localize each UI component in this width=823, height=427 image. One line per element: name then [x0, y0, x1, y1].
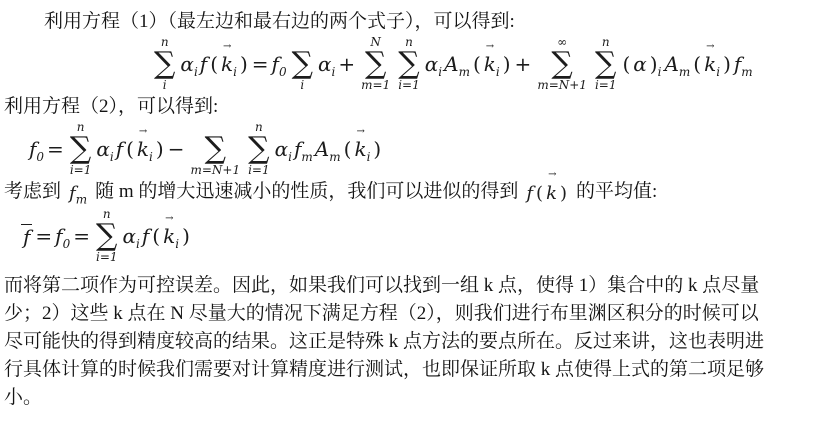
text-pre-fm: 考虑到 [4, 181, 61, 202]
paragraph-line: 尽可能快的得到精度较高的结果。这正是特殊 k 点方法的要点所在。反过来讲，这也表… [4, 328, 817, 356]
inline-math-f-m: fm [68, 180, 88, 207]
text-mid: 随 m 的增大迅速减小的性质，我们可以进似的得到 [95, 181, 518, 202]
inline-math-f-k: f(→k) [525, 180, 569, 207]
equation-3: f=f0=n∑i=1αif(→ki) [20, 207, 817, 265]
text-post: 的平均值: [576, 181, 657, 202]
text-line-eq1-intro: 利用方程（1）（最左边和最右边的两个式子），可以得到: [4, 8, 817, 35]
text-line-eq2-intro: 利用方程（2），可以得到: [4, 93, 817, 120]
equation-1: n∑iαif(→ki)=f0 ∑iαi+N∑m=1n∑i=1αiAm(→ki)+… [150, 35, 817, 93]
paragraph-line: 小。 [4, 384, 817, 412]
paragraph-line: 少；2）这些 k 点在 N 尽量大的情况下满足方程（2），则我们进行布里渊区积分… [4, 300, 817, 328]
paragraph-line: 而将第二项作为可控误差。因此，如果我们可以找到一组 k 点，使得 1）集合中的 … [4, 272, 817, 300]
text-line-average-intro: 考虑到fm随 m 的增大迅速减小的性质，我们可以进似的得到f(→k)的平均值: [4, 178, 817, 207]
document-page: 利用方程（1）（最左边和最右边的两个式子），可以得到: n∑iαif(→ki)=… [0, 0, 823, 427]
equation-2: f0=n∑i=1αif(→ki)− ∑m=N+1n∑i=1αifmAm(→ki) [28, 120, 817, 178]
paragraph: 而将第二项作为可控误差。因此，如果我们可以找到一组 k 点，使得 1）集合中的 … [4, 272, 817, 412]
paragraph-line: 行具体计算的时候我们需要对计算精度进行测试，也即保证所取 k 点使得上式的第二项… [4, 356, 817, 384]
